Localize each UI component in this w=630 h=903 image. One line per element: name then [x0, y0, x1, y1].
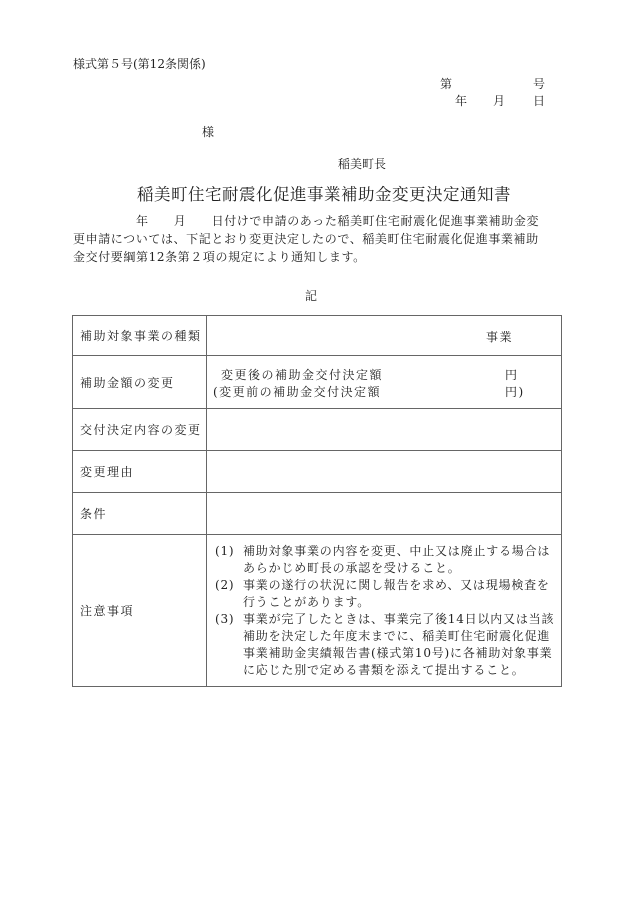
row-label: 交付決定内容の変更 — [73, 409, 207, 451]
note-number: (3) — [215, 611, 234, 628]
date-month: 月 — [493, 92, 505, 109]
date-day: 日 — [533, 92, 545, 109]
note-item: (2) 事業の遂行の状況に関し報告を求め、又は現場検査を行うことがあります。 — [215, 577, 561, 611]
date-year: 年 — [455, 92, 467, 109]
ki-heading: 記 — [305, 287, 317, 304]
note-item: (1) 補助対象事業の内容を変更、中止又は廃止する場合はあらかじめ町長の承認を受… — [215, 543, 561, 577]
row-label: 補助対象事業の種類 — [73, 316, 207, 356]
row-label: 補助金額の変更 — [73, 356, 207, 409]
table-row: 注意事項 (1) 補助対象事業の内容を変更、中止又は廃止する場合はあらかじめ町長… — [73, 535, 562, 687]
amount-before-label: (変更前の補助金交付決定額 — [213, 383, 381, 400]
amount-after-unit: 円 — [505, 366, 519, 383]
conditions-cell — [207, 493, 562, 535]
details-table: 補助対象事業の種類 事業 補助金額の変更 変更後の補助金交付決定額 円 (変更前… — [72, 315, 562, 687]
note-text: 事業が完了したときは、事業完了後14日以内又は当該補助を決定した年度末までに、稲… — [243, 612, 554, 677]
recipient-suffix: 様 — [202, 123, 214, 140]
project-type-suffix: 事業 — [486, 328, 513, 345]
decision-change-cell — [207, 409, 562, 451]
body-line: 年 月 日付けで申請のあった稲美町住宅耐震化促進事業補助金変 — [73, 212, 561, 230]
notes-cell: (1) 補助対象事業の内容を変更、中止又は廃止する場合はあらかじめ町長の承認を受… — [207, 535, 562, 687]
row-label: 変更理由 — [73, 451, 207, 493]
note-number: (1) — [215, 543, 234, 560]
body-paragraph: 年 月 日付けで申請のあった稲美町住宅耐震化促進事業補助金変 更申請については、… — [73, 212, 561, 266]
doc-number-suffix: 号 — [533, 75, 545, 92]
note-item: (3) 事業が完了したときは、事業完了後14日以内又は当該補助を決定した年度末ま… — [215, 611, 561, 679]
table-row: 交付決定内容の変更 — [73, 409, 562, 451]
amount-after-label: 変更後の補助金交付決定額 — [221, 366, 383, 383]
note-text: 事業の遂行の状況に関し報告を求め、又は現場検査を行うことがあります。 — [243, 578, 550, 609]
document-title: 稲美町住宅耐震化促進事業補助金変更決定通知書 — [137, 181, 511, 205]
doc-number-prefix: 第 — [440, 75, 452, 92]
table-row: 補助対象事業の種類 事業 — [73, 316, 562, 356]
issuer: 稲美町長 — [338, 155, 386, 172]
amount-change-cell: 変更後の補助金交付決定額 円 (変更前の補助金交付決定額 円) — [207, 356, 562, 409]
table-row: 条件 — [73, 493, 562, 535]
notes-list: (1) 補助対象事業の内容を変更、中止又は廃止する場合はあらかじめ町長の承認を受… — [207, 543, 561, 679]
row-label: 注意事項 — [73, 535, 207, 687]
row-label: 条件 — [73, 493, 207, 535]
change-reason-cell — [207, 451, 562, 493]
body-line: 更申請については、下記とおり変更決定したので、稲美町住宅耐震化促進事業補助 — [73, 230, 561, 248]
note-number: (2) — [215, 577, 234, 594]
project-type-cell: 事業 — [207, 316, 562, 356]
form-number: 様式第５号(第12条関係) — [73, 55, 206, 72]
table-row: 変更理由 — [73, 451, 562, 493]
amount-before-unit: 円) — [505, 383, 525, 400]
table-row: 補助金額の変更 変更後の補助金交付決定額 円 (変更前の補助金交付決定額 円) — [73, 356, 562, 409]
note-text: 補助対象事業の内容を変更、中止又は廃止する場合はあらかじめ町長の承認を受けること… — [243, 544, 550, 575]
body-line: 金交付要綱第12条第２項の規定により通知します。 — [73, 248, 561, 266]
